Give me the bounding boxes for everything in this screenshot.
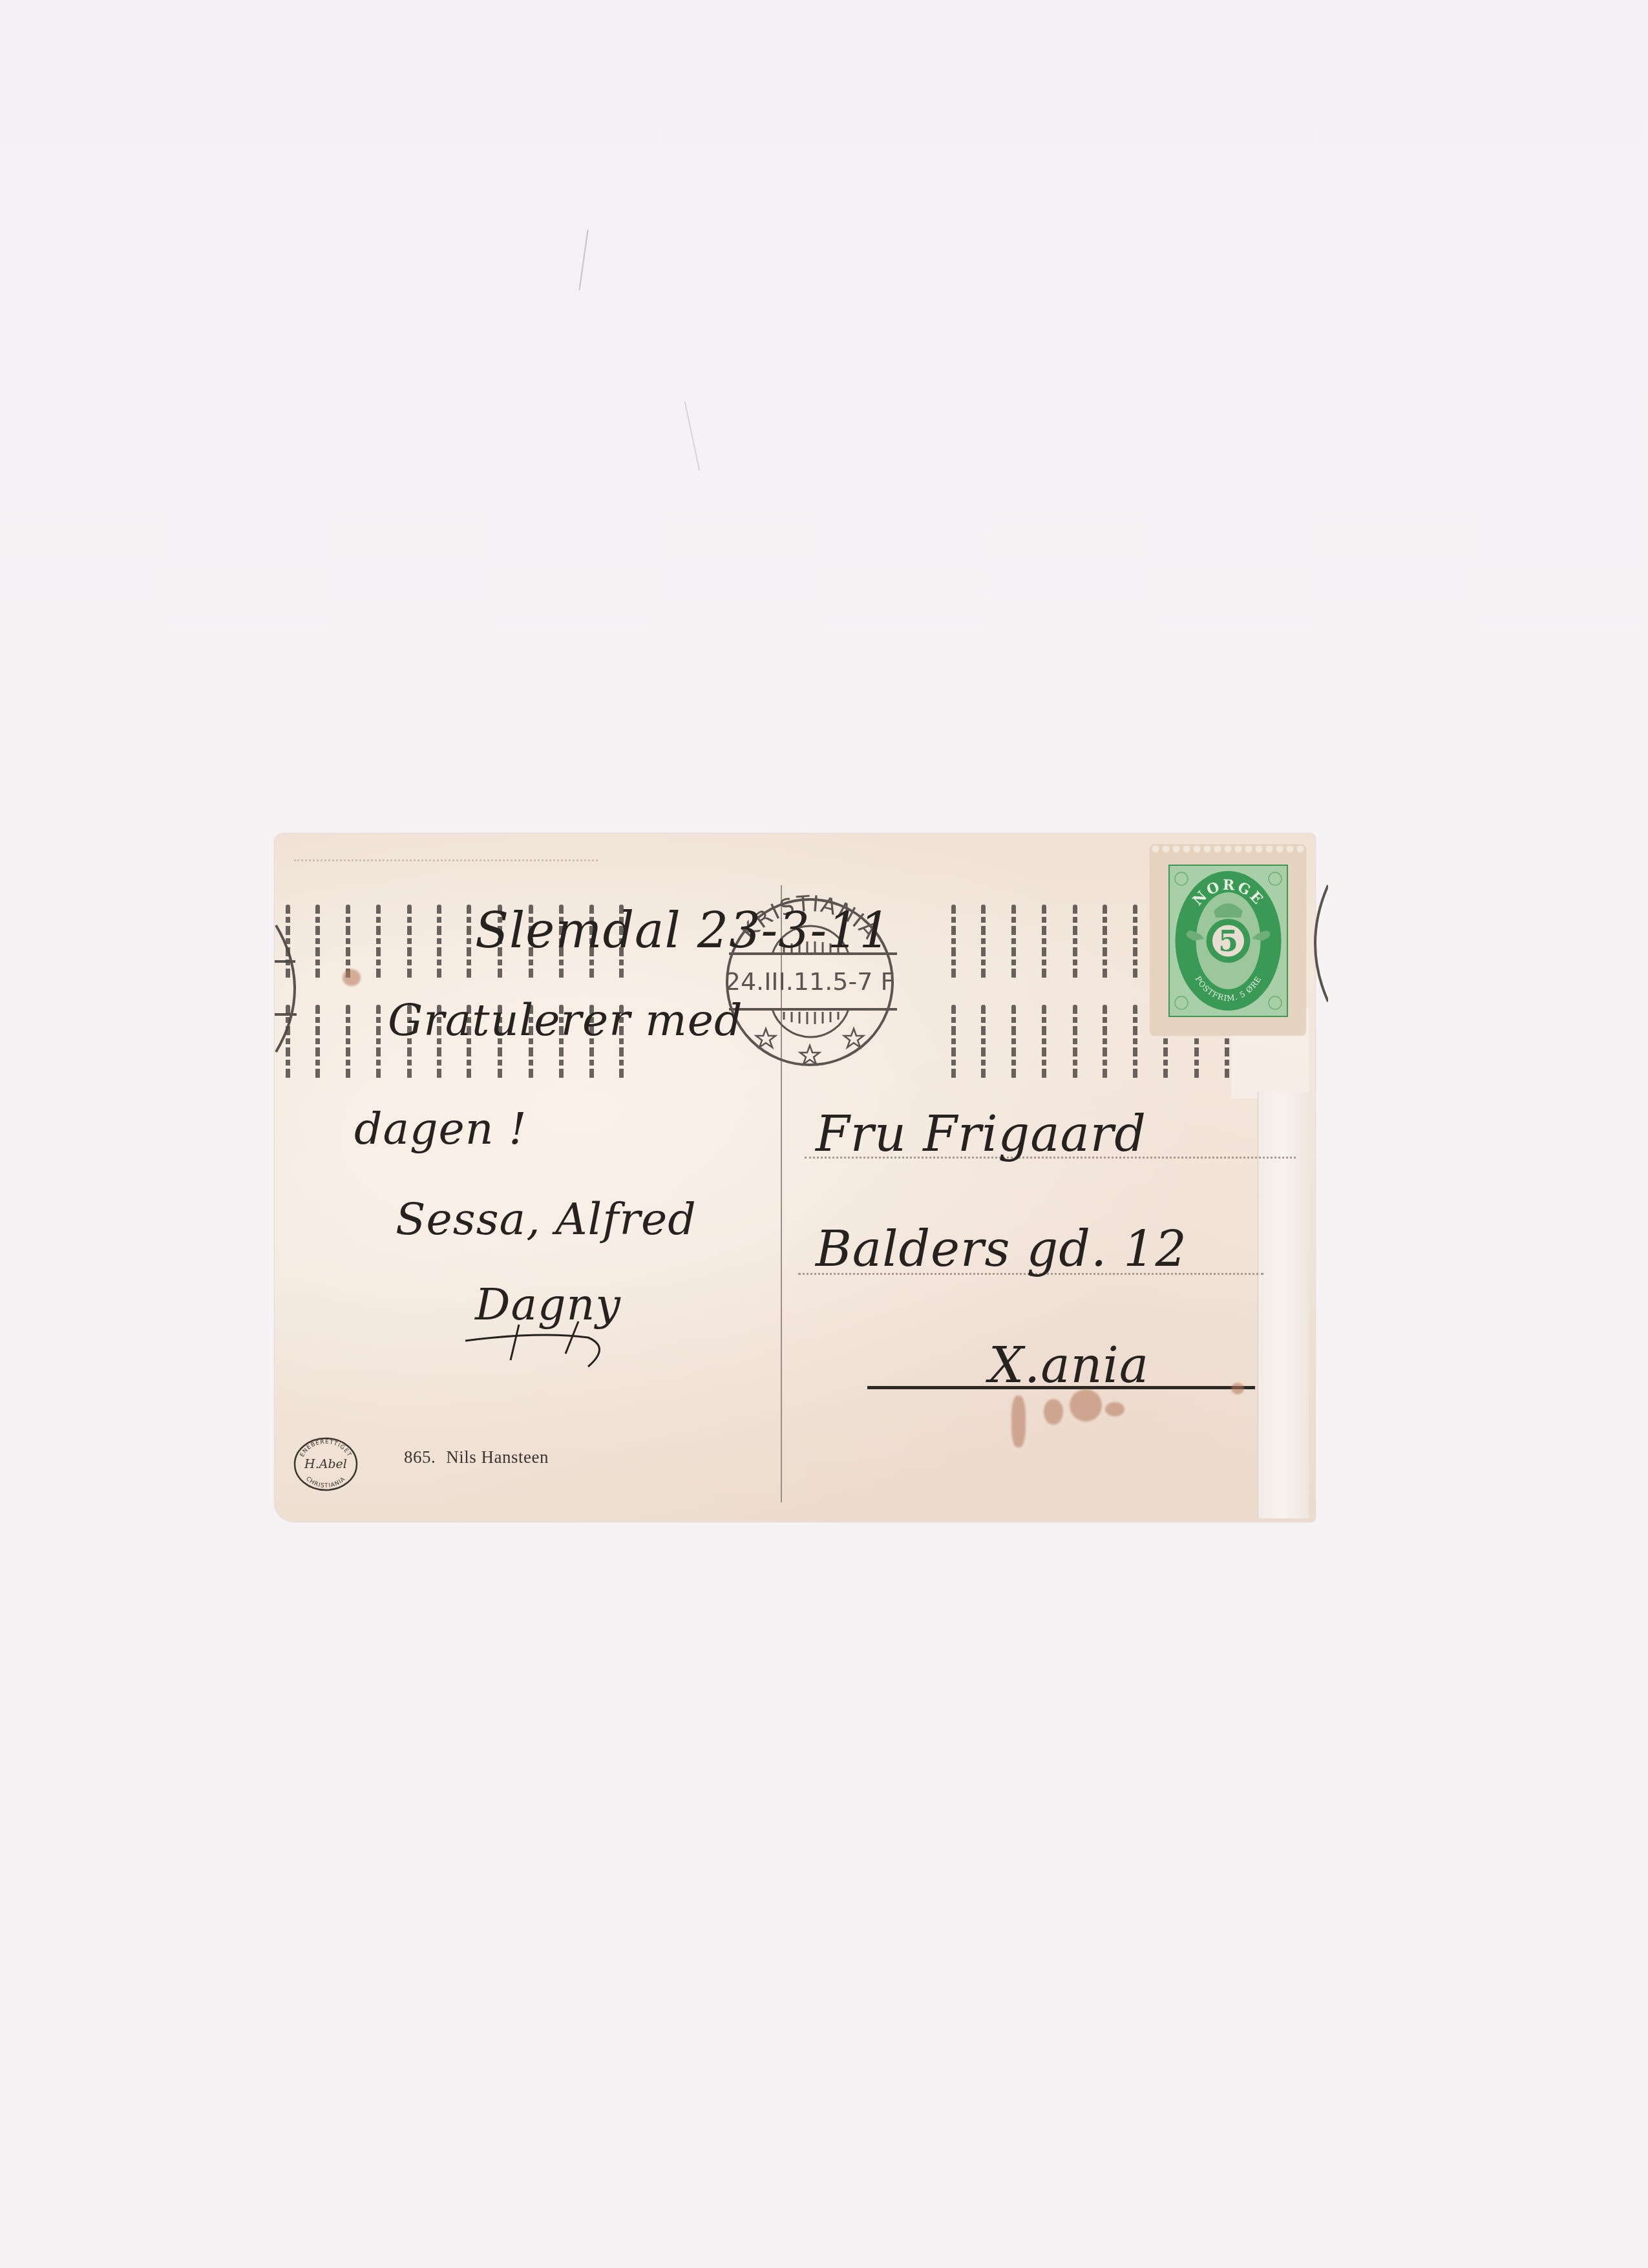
- cancellation-bar: [286, 1005, 290, 1079]
- cancellation-bar: [346, 1005, 350, 1079]
- cancellation-bar: [315, 905, 320, 979]
- cancellation-bar: [467, 905, 471, 979]
- cancellation-bar: [376, 905, 381, 979]
- address-recipient: Fru Frigaard: [816, 1105, 1146, 1162]
- stain: [1070, 1389, 1102, 1422]
- address-city: X.ania: [989, 1336, 1149, 1394]
- paper-damage: [1258, 1092, 1309, 1518]
- printed-caption: 865.Nils Hansteen: [404, 1447, 549, 1467]
- stain: [1011, 1396, 1026, 1447]
- caption-title: Nils Hansteen: [446, 1447, 549, 1467]
- publisher-seal: ENEBERETTIGET H.Abel CHRISTIANIA: [293, 1436, 359, 1493]
- postmark-datetime: 24.III.11.5-7 F: [725, 967, 895, 996]
- seal-center-text: H.Abel: [304, 1457, 347, 1471]
- signature-flourish: [462, 1318, 617, 1376]
- address-street: Balders gd. 12: [816, 1220, 1187, 1277]
- cancellation-bar: [407, 905, 412, 979]
- norge-posthorn-stamp: 5 NORGE POSTFRIM. 5 ØRE: [1168, 865, 1288, 1017]
- cancellation-bar: [951, 1005, 956, 1079]
- cancellation-bar: [1042, 1005, 1046, 1079]
- cancellation-bar: [1103, 905, 1107, 979]
- message-line-2: dagen !: [354, 1104, 527, 1155]
- cancellation-bar: [951, 905, 956, 979]
- message-place-date: Slemdal 23-3-11: [475, 901, 891, 959]
- cancellation-bar: [315, 1005, 320, 1079]
- cancellation-bar: [1042, 905, 1046, 979]
- cancellation-bar: [286, 905, 290, 979]
- cancellation-bar: [1011, 905, 1016, 979]
- scan-scratch: [578, 229, 588, 290]
- seal-top-text: ENEBERETTIGET: [299, 1439, 352, 1458]
- svg-text:ENEBERETTIGET: ENEBERETTIGET: [299, 1439, 352, 1458]
- scan-scratch: [684, 401, 701, 471]
- cancellation-bar: [1073, 905, 1077, 979]
- cancellation-bar: [1073, 1005, 1077, 1079]
- message-signature-1: Sessa, Alfred: [396, 1194, 697, 1245]
- stain: [1231, 1383, 1244, 1394]
- stain: [1105, 1402, 1125, 1416]
- worn-print-marks: [294, 859, 598, 864]
- caption-number: 865.: [404, 1447, 436, 1467]
- message-line-1: Gratulerer med: [388, 995, 743, 1046]
- cancellation-bar: [1133, 1005, 1137, 1079]
- cancellation-bar: [437, 905, 441, 979]
- cancellation-bar: [1103, 1005, 1107, 1079]
- stain: [343, 969, 361, 986]
- cancellation-bar: [981, 1005, 986, 1079]
- cancellation-bar: [346, 905, 350, 979]
- cancellation-bar: [1011, 1005, 1016, 1079]
- cancellation-bar: [981, 905, 986, 979]
- partial-postmark-left: [275, 918, 307, 1060]
- stamp-value: 5: [1218, 925, 1238, 958]
- stain: [1044, 1399, 1063, 1425]
- cancellation-bar: [376, 1005, 381, 1079]
- partial-postmark-right: [1309, 879, 1328, 1008]
- cancellation-bar: [1133, 905, 1137, 979]
